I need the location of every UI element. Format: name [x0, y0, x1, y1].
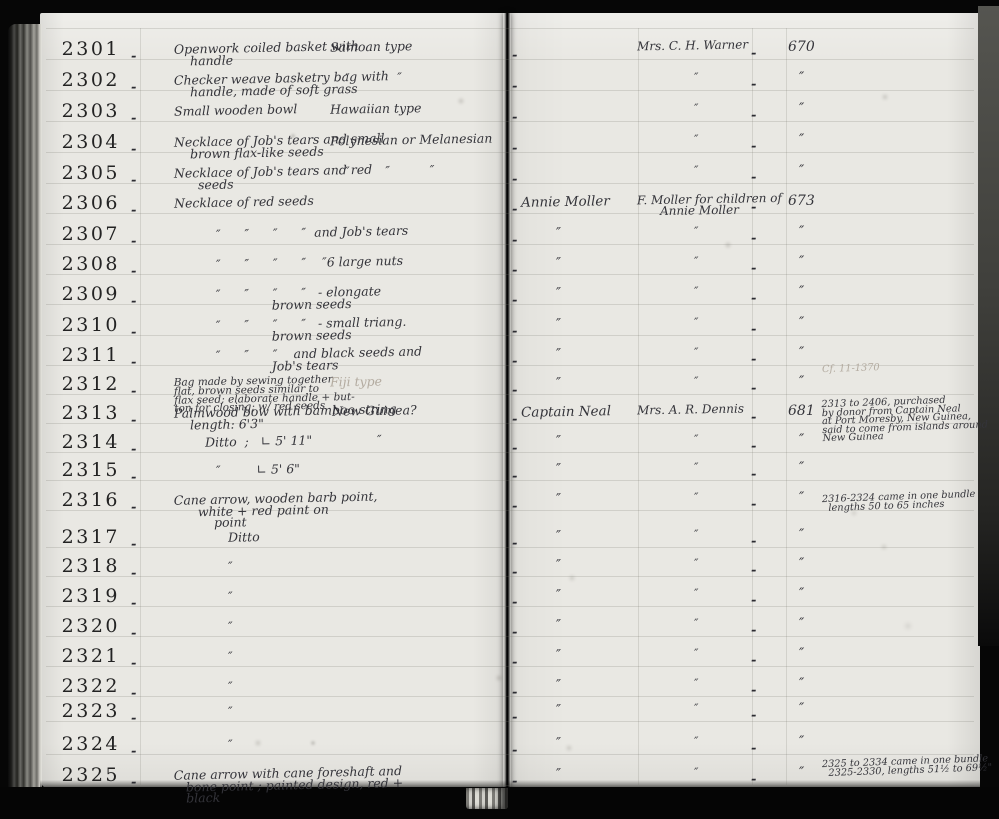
entry-dash: -: [131, 355, 136, 370]
entry-dash: -: [131, 413, 136, 428]
entry-number: 2317: [58, 526, 120, 548]
entry-number: 2323: [58, 700, 120, 722]
entry-collector: ″: [556, 433, 561, 449]
entry-row-dash: -: [512, 141, 517, 156]
entry-number: 2324: [58, 733, 120, 755]
entry-dash: -: [131, 470, 136, 485]
entry-dash: -: [131, 294, 136, 309]
entry-collector: Captain Neal: [521, 403, 611, 421]
entry-donor: Mrs. C. H. Warner: [637, 39, 797, 52]
entry-collector: ″: [556, 346, 561, 362]
entry-collector: ″: [556, 677, 561, 693]
entry-dash: -: [131, 264, 136, 279]
entry-dash: -: [131, 711, 136, 726]
entry-collector: ″: [556, 316, 561, 332]
entry-note: Cf. 11-1370: [822, 360, 999, 375]
entry-number: 2304: [58, 131, 120, 153]
entry-number: 2306: [58, 192, 120, 214]
ruled-line: [46, 547, 974, 548]
entry-row-dash: -: [512, 48, 517, 63]
entry-dash: -: [131, 537, 136, 552]
entry-page-number: ″: [799, 254, 804, 270]
entry-dash: -: [131, 566, 136, 581]
entry-row-dash: -: [512, 441, 517, 456]
ledger-book-spread: 2301-Openwork coiled basket with handleS…: [0, 0, 999, 819]
entry-dash: -: [131, 626, 136, 641]
entry-row-dash: -: [512, 233, 517, 248]
entry-dash: -: [131, 384, 136, 399]
entry-collector: Annie Moller: [521, 193, 610, 211]
entry-row-dash: -: [512, 685, 517, 700]
entry-page-number: ″: [799, 765, 804, 781]
entry-number: 2315: [58, 459, 120, 481]
entry-number: 2311: [58, 344, 120, 366]
entry-row-dash: -: [512, 263, 517, 278]
entry-collector: ″: [556, 647, 561, 663]
entry-dash-2: -: [751, 410, 756, 425]
entry-description: ″ ″ ″ and black seeds and Job's tears: [216, 342, 576, 373]
entry-collector: ″: [556, 702, 561, 718]
entry-donor: ″: [694, 374, 854, 387]
entry-donor: ″: [694, 132, 854, 145]
ruled-line: [46, 576, 974, 577]
entry-type: ″ ″ ″: [345, 164, 435, 177]
entry-dash: -: [131, 142, 136, 157]
entry-dash-2: -: [751, 439, 756, 454]
entry-type: Hawaiian type: [330, 102, 422, 115]
entry-row-dash: -: [512, 499, 517, 514]
entry-row-dash: -: [512, 383, 517, 398]
entry-dash: -: [131, 111, 136, 126]
entry-description: ″: [228, 643, 588, 662]
entry-donor: ″: [694, 70, 854, 83]
entry-row-dash: -: [512, 595, 517, 610]
entry-dash-2: -: [751, 772, 756, 787]
entry-page-number: ″: [799, 646, 804, 662]
entry-page-number: ″: [799, 345, 804, 361]
entry-number: 2305: [58, 162, 120, 184]
entry-page-number: ″: [799, 586, 804, 602]
entry-description: ″: [228, 613, 588, 632]
entry-dash: -: [131, 686, 136, 701]
entry-number: 2321: [58, 645, 120, 667]
entry-description: Necklace of red seeds: [174, 190, 534, 209]
entry-dash-2: -: [751, 497, 756, 512]
entry-dash-2: -: [751, 741, 756, 756]
entry-dash-2: -: [751, 563, 756, 578]
entry-description: ″: [228, 583, 588, 602]
entry-description: ″: [228, 731, 588, 750]
entry-number: 2322: [58, 675, 120, 697]
ruled-line: [46, 636, 974, 637]
entry-number: 2320: [58, 615, 120, 637]
entry-number: 2312: [58, 373, 120, 395]
entry-donor: F. Moller for children of Annie Moller: [637, 193, 797, 217]
entry-number: 2316: [58, 489, 120, 511]
entry-number: 2319: [58, 585, 120, 607]
entry-dash: -: [131, 203, 136, 218]
entry-dash: -: [131, 49, 136, 64]
entry-page-number: ″: [799, 284, 804, 300]
entry-page-number: ″: [799, 490, 804, 506]
entry-page-number: ″: [799, 527, 804, 543]
entry-description: Cane arrow with cane foreshaft and bone …: [174, 762, 535, 804]
entry-note: 2325 to 2334 came in one bundle 2325-233…: [822, 755, 999, 778]
entry-donor: ″: [694, 676, 854, 689]
entry-type: ″: [377, 434, 382, 445]
entry-dash: -: [131, 234, 136, 249]
entry-donor: ″: [694, 586, 854, 599]
entry-donor: ″: [694, 254, 854, 267]
entry-collector: ″: [556, 735, 561, 751]
entry-type: Fiji type: [330, 376, 382, 388]
entry-row-dash: -: [512, 354, 517, 369]
entry-dash-2: -: [751, 77, 756, 92]
entry-page-number: ″: [799, 70, 804, 86]
entry-type: New Guinea?: [332, 404, 417, 416]
entry-row-dash: -: [512, 743, 517, 758]
entry-row-dash: -: [512, 412, 517, 427]
entry-page-number: ″: [799, 734, 804, 750]
entry-dash: -: [131, 596, 136, 611]
entry-description: ″ ″ ″ ″ - small triang. brown seeds: [216, 312, 576, 343]
entry-dash-2: -: [751, 352, 756, 367]
entry-row-dash: -: [512, 625, 517, 640]
entry-page-number: ″: [799, 101, 804, 117]
entry-dash: -: [131, 80, 136, 95]
entry-number: 2314: [58, 431, 120, 453]
ruled-line: [46, 244, 974, 245]
ruled-line: [46, 754, 974, 755]
entry-type: Samoan type: [330, 40, 413, 52]
ruled-line: [46, 480, 974, 481]
entry-number: 2303: [58, 100, 120, 122]
entry-dash: -: [131, 500, 136, 515]
entry-dash-2: -: [751, 593, 756, 608]
entry-page-number: ″: [799, 676, 804, 692]
entry-dash: -: [131, 325, 136, 340]
entry-page-number: ″: [799, 460, 804, 476]
entry-collector: ″: [556, 766, 561, 782]
entry-description: Ditto: [228, 524, 588, 543]
entry-page-number: ″: [799, 374, 804, 390]
entry-row-dash: -: [512, 536, 517, 551]
entry-page-number: ″: [799, 432, 804, 448]
entry-row-dash: -: [512, 565, 517, 580]
entry-dash-2: -: [751, 139, 756, 154]
entry-collector: ″: [556, 255, 561, 271]
entry-collector: ″: [556, 528, 561, 544]
entry-donor: ″: [694, 646, 854, 659]
entry-description: ″ ∟ 5' 6": [216, 457, 576, 476]
entry-donor: ″: [694, 616, 854, 629]
entry-description: ″: [228, 673, 588, 692]
entry-dash-2: -: [751, 291, 756, 306]
entry-row-dash: -: [512, 79, 517, 94]
entry-row-dash: -: [512, 324, 517, 339]
entry-row-dash: -: [512, 655, 517, 670]
entry-dash: -: [131, 775, 136, 790]
entry-dash-2: -: [751, 467, 756, 482]
entry-dash-2: -: [751, 261, 756, 276]
entry-dash-2: -: [751, 108, 756, 123]
entry-donor: ″: [694, 163, 854, 176]
entry-donor: ″: [694, 701, 854, 714]
entry-dash-2: -: [751, 322, 756, 337]
entry-dash-2: -: [751, 683, 756, 698]
entry-row-dash: -: [512, 774, 517, 789]
entry-row-dash: -: [512, 469, 517, 484]
ruled-line: [46, 121, 974, 122]
entry-description: ″: [228, 553, 588, 572]
entry-number: 2308: [58, 253, 120, 275]
entry-collector: ″: [556, 225, 561, 241]
entry-donor: ″: [694, 556, 854, 569]
ledger-content: 2301-Openwork coiled basket with handleS…: [0, 0, 999, 819]
entry-page-number: ″: [799, 132, 804, 148]
entry-donor: Mrs. A. R. Dennis: [637, 403, 797, 416]
entry-type: ″ ″: [345, 72, 402, 84]
ruled-line: [46, 666, 974, 667]
entry-collector: ″: [556, 587, 561, 603]
entry-page-number: 670: [788, 39, 815, 55]
entry-collector: ″: [556, 285, 561, 301]
entry-dash: -: [131, 173, 136, 188]
entry-row-dash: -: [512, 710, 517, 725]
entry-donor: ″: [694, 734, 854, 747]
entry-page-number: ″: [799, 616, 804, 632]
ruled-line: [46, 721, 974, 722]
entry-dash: -: [131, 442, 136, 457]
entry-number: 2313: [58, 402, 120, 424]
entry-number: 2318: [58, 555, 120, 577]
entry-description: Cane arrow, wooden barb point, white + r…: [174, 487, 535, 529]
entry-number: 2310: [58, 314, 120, 336]
entry-description: ″ ″ ″ ″ and Job's tears: [216, 221, 576, 240]
entry-collector: ″: [556, 617, 561, 633]
ruled-line: [46, 452, 974, 453]
entry-dash: -: [131, 656, 136, 671]
entry-dash-2: -: [751, 170, 756, 185]
entry-collector: ″: [556, 375, 561, 391]
entry-description: ″ ″ ″ ″ ″6 large nuts: [216, 251, 576, 270]
entry-number: 2307: [58, 223, 120, 245]
entry-collector: ″: [556, 461, 561, 477]
ruled-line: [46, 213, 974, 214]
entry-page-number: ″: [799, 315, 804, 331]
entry-dash: -: [131, 744, 136, 759]
entry-dash-2: -: [751, 623, 756, 638]
ruled-line: [46, 274, 974, 275]
entry-page-number: ″: [799, 701, 804, 717]
column-rule: [140, 28, 141, 785]
entry-donor: ″: [694, 460, 854, 473]
entry-number: 2301: [58, 38, 120, 60]
entry-donor: ″: [694, 345, 854, 358]
entry-number: 2302: [58, 69, 120, 91]
entry-page-number: 681: [788, 403, 815, 419]
entry-description: ″: [228, 698, 588, 717]
ruled-line: [46, 28, 974, 29]
entry-description: ″ ″ ″ ″ - elongate brown seeds: [216, 281, 576, 312]
entry-row-dash: -: [512, 110, 517, 125]
entry-donor: ″: [694, 315, 854, 328]
entry-collector: ″: [556, 491, 561, 507]
entry-type: Polynesian or Melanesian: [330, 133, 492, 147]
entry-dash-2: -: [751, 708, 756, 723]
entry-page-number: ″: [799, 163, 804, 179]
entry-page-number: 673: [788, 193, 815, 209]
entry-donor: ″: [694, 527, 854, 540]
entry-row-dash: -: [512, 293, 517, 308]
entry-dash-2: -: [751, 231, 756, 246]
entry-dash-2: -: [751, 200, 756, 215]
entry-dash-2: -: [751, 534, 756, 549]
entry-collector: ″: [556, 557, 561, 573]
entry-page-number: ″: [799, 224, 804, 240]
entry-donor: ″: [694, 224, 854, 237]
ruled-line: [46, 696, 974, 697]
entry-row-dash: -: [512, 172, 517, 187]
entry-donor: ″: [694, 101, 854, 114]
entry-number: 2325: [58, 764, 120, 786]
entry-donor: ″: [694, 284, 854, 297]
entry-dash-2: -: [751, 381, 756, 396]
entry-dash-2: -: [751, 46, 756, 61]
entry-page-number: ″: [799, 556, 804, 572]
ruled-line: [46, 606, 974, 607]
entry-number: 2309: [58, 283, 120, 305]
entry-row-dash: -: [512, 202, 517, 217]
entry-dash-2: -: [751, 653, 756, 668]
